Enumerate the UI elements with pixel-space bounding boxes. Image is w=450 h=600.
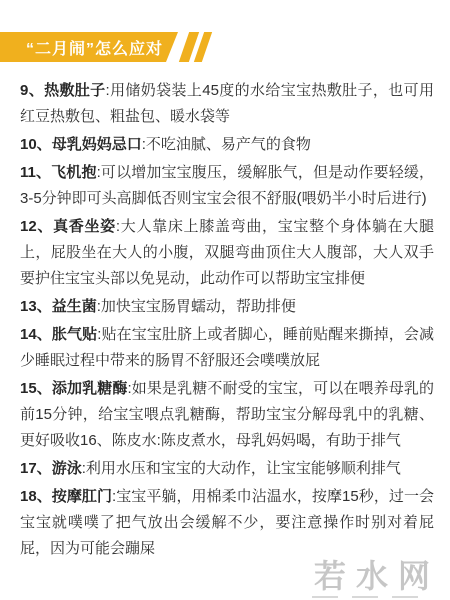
item-title: 添加乳糖酶 <box>52 380 128 397</box>
item-number: 17、 <box>20 460 52 477</box>
item-number: 11、 <box>20 164 51 181</box>
item-title: 益生菌 <box>52 298 97 315</box>
page: “二月闹”怎么应对 9、热敷肚子:用储奶袋装上45度的水给宝宝热敷肚子，也可用红… <box>0 0 450 600</box>
item-number: 13、 <box>20 298 52 315</box>
list-item: 18、按摩肛门:宝宝平躺，用棉柔巾沾温水，按摩15秒，过一会宝宝就噗噗了把气放出… <box>20 484 434 562</box>
list-item: 10、母乳妈妈忌口:不吃油腻、易产气的食物 <box>20 132 434 158</box>
item-number: 12、 <box>20 218 53 235</box>
list-item: 12、真香坐姿:大人靠床上膝盖弯曲，宝宝整个身体躺在大腿上，屁股坐在大人的小腹，… <box>20 214 434 292</box>
item-number: 10、 <box>20 136 52 153</box>
list-item: 14、胀气贴:贴在宝宝肚脐上或者脚心，睡前贴醒来撕掉，会减少睡眠过程中带来的肠胃… <box>20 322 434 374</box>
item-body: 加快宝宝肠胃蠕动，帮助排便 <box>101 298 296 315</box>
item-title: 真香坐姿 <box>53 218 116 235</box>
list-item: 13、益生菌:加快宝宝肠胃蠕动，帮助排便 <box>20 294 434 320</box>
item-title: 胀气贴 <box>52 326 97 343</box>
item-title: 按摩肛门 <box>52 488 112 505</box>
list-item: 11、飞机抱:可以增加宝宝腹压，缓解胀气，但是动作要轻缓，3-5分钟即可头高脚低… <box>20 160 434 212</box>
tips-list: 9、热敷肚子:用储奶袋装上45度的水给宝宝热敷肚子，也可用红豆热敷包、粗盐包、暖… <box>0 78 450 564</box>
list-item: 9、热敷肚子:用储奶袋装上45度的水给宝宝热敷肚子，也可用红豆热敷包、粗盐包、暖… <box>20 78 434 130</box>
item-title: 游泳 <box>52 460 82 477</box>
watermark-underline <box>312 596 432 598</box>
item-body: 利用水压和宝宝的大动作，让宝宝能够顺利排气 <box>86 460 401 477</box>
item-title: 飞机抱 <box>51 164 96 181</box>
item-number: 14、 <box>20 326 52 343</box>
list-item: 15、添加乳糖酶:如果是乳糖不耐受的宝宝，可以在喂养母乳的前15分钟，给宝宝喂点… <box>20 376 434 454</box>
page-title: “二月闹”怎么应对 <box>0 36 163 59</box>
list-item: 17、游泳:利用水压和宝宝的大动作，让宝宝能够顺利排气 <box>20 456 434 482</box>
watermark-logo: 若水网 <box>314 560 440 592</box>
header: “二月闹”怎么应对 <box>0 32 450 62</box>
item-number: 9、 <box>20 82 44 99</box>
item-title: 热敷肚子 <box>44 82 105 99</box>
item-title: 母乳妈妈忌口 <box>52 136 142 153</box>
item-number: 18、 <box>20 488 52 505</box>
item-number: 15、 <box>20 380 52 397</box>
item-body: 不吃油腻、易产气的食物 <box>146 136 311 153</box>
header-banner: “二月闹”怎么应对 <box>0 32 178 62</box>
